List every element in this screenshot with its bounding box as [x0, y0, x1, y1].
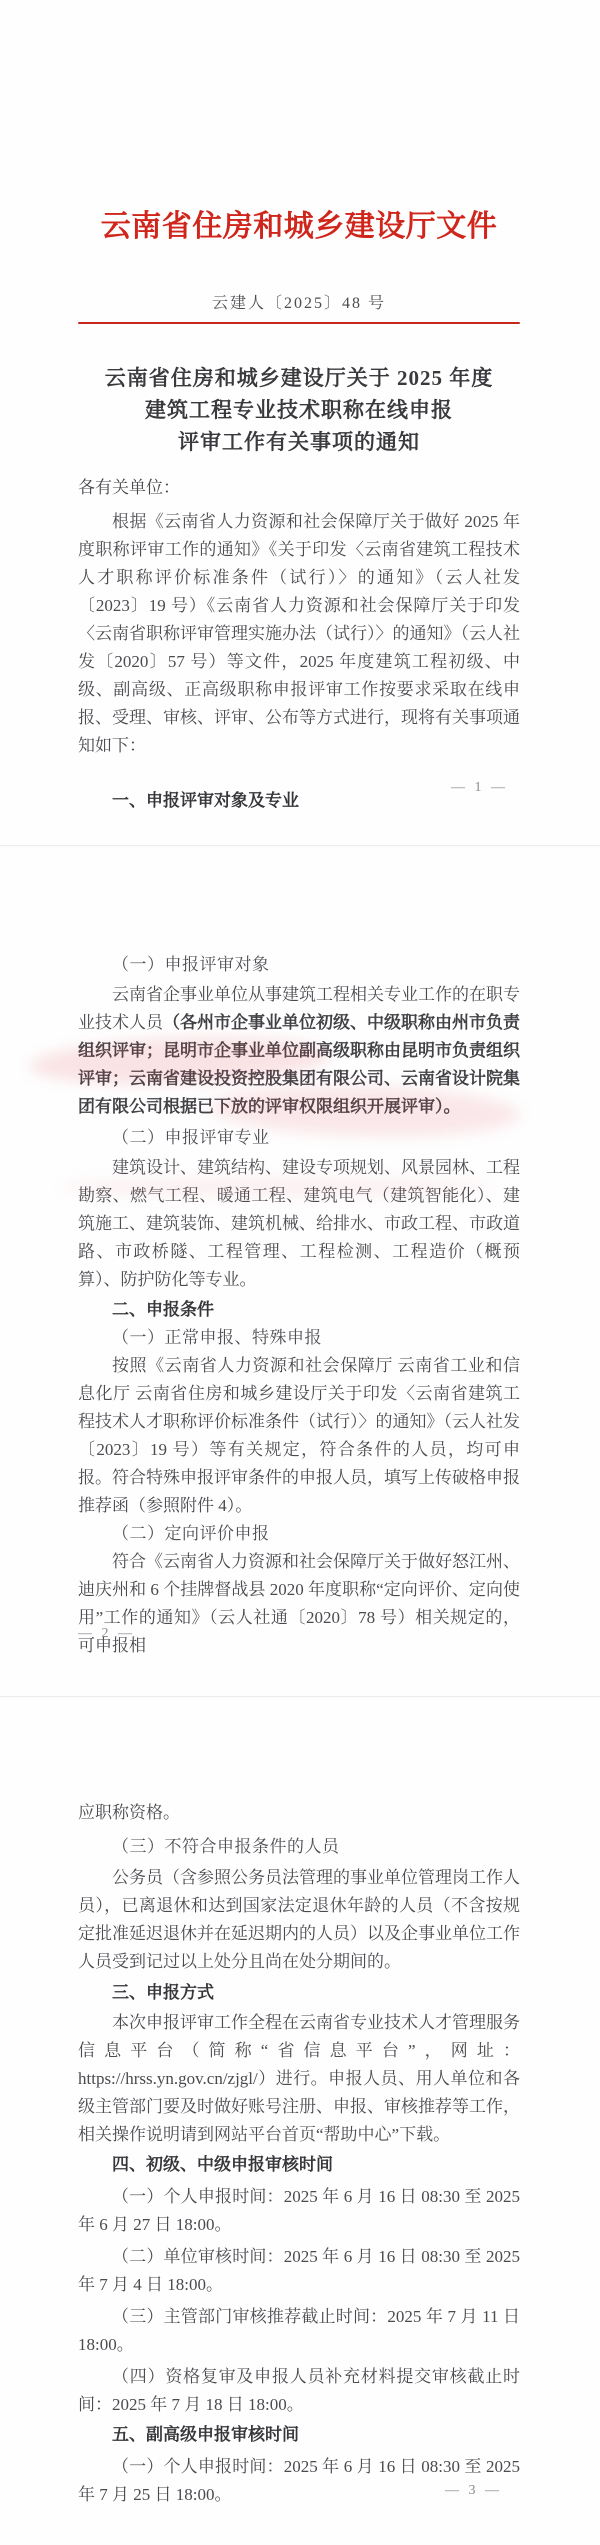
section-4-heading: 四、初级、中级申报审核时间	[78, 2151, 520, 2179]
subsection-2-1-heading: （一）正常申报、特殊申报	[78, 1324, 520, 1352]
section-4-item-3: （三）主管部门审核推荐截止时间：2025 年 7 月 11 日 18:00。	[78, 2303, 520, 2359]
document-page-2: （一）申报评审对象 云南省企事业单位从事建筑工程相关专业工作的在职专业技术人员（…	[0, 848, 600, 1697]
section-5-item-1: （一）个人申报时间：2025 年 6 月 16 日 08:30 至 2025 年…	[78, 2453, 520, 2509]
document-page-3: 应职称资格。 （三）不符合申报条件的人员 公务员（含参照公务员法管理的事业单位管…	[0, 1697, 600, 2545]
subsection-2-3-heading: （三）不符合申报条件的人员	[78, 1833, 520, 1861]
red-divider-rule	[78, 322, 520, 324]
section-4-item-1: （一）个人申报时间：2025 年 6 月 16 日 08:30 至 2025 年…	[78, 2183, 520, 2239]
subsection-2-2-paragraph: 符合《云南省人力资源和社会保障厅关于做好怒江州、迪庆州和 6 个挂牌督战县 20…	[78, 1548, 520, 1660]
section-2-heading: 二、申报条件	[78, 1296, 520, 1324]
document-title-line-2: 建筑工程专业技术职称在线申报	[78, 394, 520, 426]
document-title: 云南省住房和城乡建设厅关于 2025 年度 建筑工程专业技术职称在线申报 评审工…	[78, 362, 520, 458]
intro-paragraph: 根据《云南省人力资源和社会保障厅关于做好 2025 年度职称评审工作的通知》《关…	[78, 508, 520, 760]
document-title-line-1: 云南省住房和城乡建设厅关于 2025 年度	[78, 362, 520, 394]
document-page-1: 云南省住房和城乡建设厅文件 云建人〔2025〕48 号 云南省住房和城乡建设厅关…	[0, 0, 600, 848]
page-number-3: — 3 —	[445, 2483, 502, 2499]
section-4-item-4: （四）资格复审及申报人员补充材料提交审核截止时间：2025 年 7 月 18 日…	[78, 2363, 520, 2419]
page-break-line	[0, 845, 600, 846]
document-number: 云建人〔2025〕48 号	[78, 292, 520, 316]
subsection-2-2-heading: （二）定向评价申报	[78, 1520, 520, 1548]
salutation: 各有关单位：	[78, 474, 520, 502]
subsection-1-1-heading: （一）申报评审对象	[78, 951, 520, 979]
subsection-2-2-continuation: 应职称资格。	[78, 1799, 520, 1827]
subsection-1-2-heading: （二）申报评审专业	[78, 1124, 520, 1152]
document-title-line-3: 评审工作有关事项的通知	[78, 426, 520, 458]
scanned-document: 云南省住房和城乡建设厅文件 云建人〔2025〕48 号 云南省住房和城乡建设厅关…	[0, 0, 600, 2545]
subsection-1-2-paragraph: 建筑设计、建筑结构、建设专项规划、风景园林、工程勘察、燃气工程、暖通工程、建筑电…	[78, 1154, 520, 1294]
section-4-item-2: （二）单位审核时间：2025 年 6 月 16 日 08:30 至 2025 年…	[78, 2243, 520, 2299]
subsection-2-1-paragraph: 按照《云南省人力资源和社会保障厅 云南省工业和信息化厅 云南省住房和城乡建设厅关…	[78, 1352, 520, 1520]
subsection-2-3-paragraph: 公务员（含参照公务员法管理的事业单位管理岗工作人员），已离退休和达到国家法定退休…	[78, 1864, 520, 1976]
subsection-1-1-paragraph: 云南省企事业单位从事建筑工程相关专业工作的在职专业技术人员（各州市企事业单位初级…	[78, 981, 520, 1121]
issuing-agency-banner: 云南省住房和城乡建设厅文件	[78, 204, 520, 250]
page-number-1: — 1 —	[451, 780, 508, 796]
section-3-paragraph: 本次申报评审工作全程在云南省专业技术人才管理服务信息平台（简称“省信息平台”，网…	[78, 2009, 520, 2149]
page-number-2: — 2 —	[78, 1626, 135, 1642]
section-3-heading: 三、申报方式	[78, 1979, 520, 2007]
section-5-heading: 五、副高级申报审核时间	[78, 2421, 520, 2449]
